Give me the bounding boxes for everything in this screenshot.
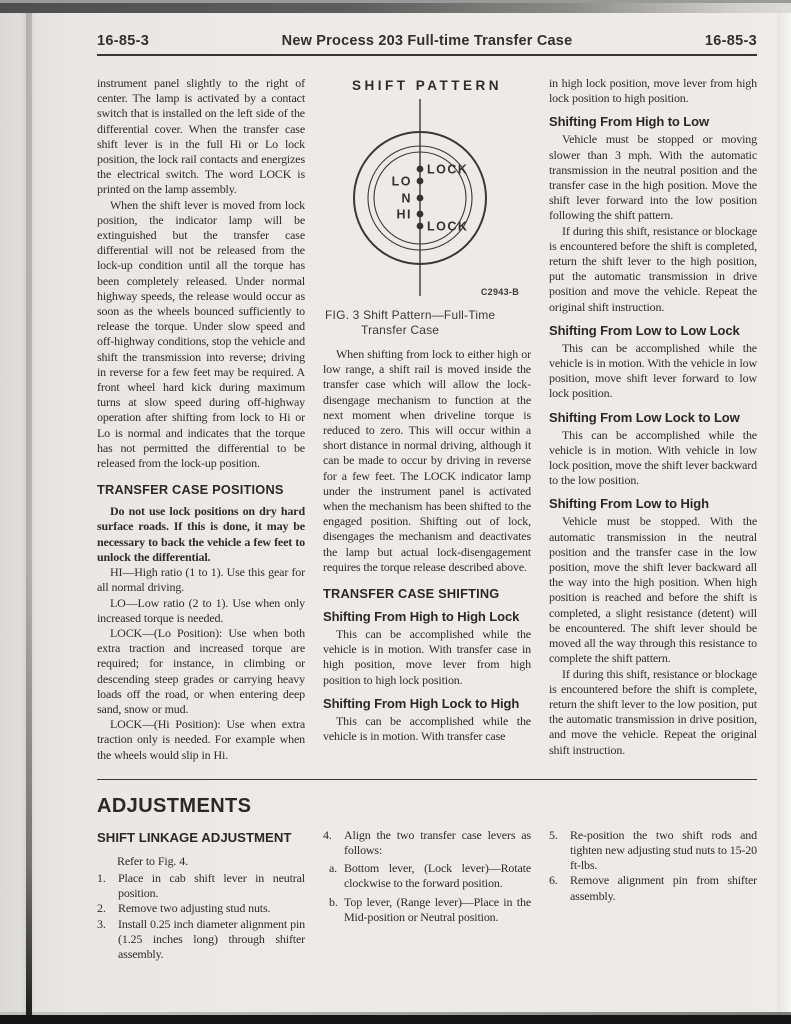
- position-label-lock-bottom: LOCK: [427, 220, 468, 234]
- figure-caption-line1: FIG. 3 Shift Pattern—Full-Time: [325, 308, 531, 323]
- sub-heading: Shifting From High Lock to High: [323, 696, 531, 711]
- column-left: instrument panel slightly to the right o…: [97, 76, 305, 763]
- section-divider: [97, 779, 757, 780]
- page-title: New Process 203 Full-time Transfer Case: [247, 33, 607, 49]
- paragraph: This can be accomplished while the vehic…: [549, 428, 757, 489]
- list-item: 5. Re-position the two shift rods and ti…: [549, 828, 757, 874]
- list-item: 4. Align the two transfer case levers as…: [323, 828, 531, 858]
- section-heading: TRANSFER CASE POSITIONS: [97, 482, 305, 497]
- position-dot-lock-top: [417, 166, 424, 173]
- column-middle: SHIFT PATTERN LOCK LO N HI LOCK: [323, 76, 531, 763]
- adjustments-section: ADJUSTMENTS SHIFT LINKAGE ADJUSTMENT Ref…: [97, 795, 757, 962]
- position-dot-lock-bottom: [417, 223, 424, 230]
- page-right-edge: [777, 0, 791, 1024]
- refer-note: Refer to Fig. 4.: [97, 854, 305, 869]
- list-number: 1.: [97, 871, 118, 901]
- page-content: 16-85-3 New Process 203 Full-time Transf…: [97, 0, 757, 962]
- list-text: Place in cab shift lever in neutral posi…: [118, 871, 305, 901]
- position-label-hi: HI: [397, 208, 413, 222]
- position-label-lo: LO: [392, 175, 412, 189]
- position-dot-hi: [417, 211, 424, 218]
- warning-paragraph: Do not use lock positions on dry hard su…: [97, 504, 305, 565]
- paragraph: When the shift lever is moved from lock …: [97, 198, 305, 472]
- adjustments-columns: SHIFT LINKAGE ADJUSTMENT Refer to Fig. 4…: [97, 828, 757, 962]
- list-number: b.: [329, 895, 344, 925]
- three-column-body: instrument panel slightly to the right o…: [97, 76, 757, 763]
- adjustments-column-left: SHIFT LINKAGE ADJUSTMENT Refer to Fig. 4…: [97, 828, 305, 962]
- list-number: 3.: [97, 917, 118, 963]
- paragraph: If during this shift, resistance or bloc…: [549, 667, 757, 758]
- sub-heading: Shifting From Low Lock to Low: [549, 410, 757, 425]
- paragraph: This can be accomplished while the vehic…: [549, 341, 757, 402]
- list-number: 2.: [97, 901, 118, 916]
- list-number: 6.: [549, 873, 570, 903]
- adjustments-column-middle: 4. Align the two transfer case levers as…: [323, 828, 531, 962]
- paragraph: Vehicle must be stopped. With the automa…: [549, 514, 757, 666]
- page-number-right: 16-85-3: [607, 33, 757, 49]
- list-number: 5.: [549, 828, 570, 874]
- paragraph: LOCK—(Hi Position): Use when extra tract…: [97, 717, 305, 763]
- adjustments-title: ADJUSTMENTS: [97, 795, 757, 818]
- column-right: in high lock position, move lever from h…: [549, 76, 757, 763]
- paragraph: This can be accomplished while the vehic…: [323, 714, 531, 744]
- scan-top-edge-highlight: [0, 0, 791, 3]
- figure-caption: FIG. 3 Shift Pattern—Full-Time Transfer …: [325, 308, 531, 338]
- list-text: Install 0.25 inch diameter alignment pin…: [118, 917, 305, 963]
- figure-code: C2943-B: [481, 287, 519, 297]
- page-number-left: 16-85-3: [97, 33, 247, 49]
- sub-heading: Shifting From High to Low: [549, 114, 757, 129]
- header-rule: [97, 54, 757, 56]
- list-text: Align the two transfer case levers as fo…: [344, 828, 531, 858]
- sub-heading: Shifting From Low to High: [549, 496, 757, 511]
- paragraph: LO—Low ratio (2 to 1). Use when only inc…: [97, 596, 305, 626]
- adjustments-column-right: 5. Re-position the two shift rods and ti…: [549, 828, 757, 962]
- sub-heading: Shifting From High to High Lock: [323, 609, 531, 624]
- paragraph: LOCK—(Lo Position): Use when both extra …: [97, 626, 305, 717]
- paragraph: Vehicle must be stopped or moving slower…: [549, 132, 757, 223]
- paragraph: This can be accomplished while the vehic…: [323, 627, 531, 688]
- position-dot-n: [417, 195, 424, 202]
- list-number: 4.: [323, 828, 344, 858]
- paragraph: HI—High ratio (1 to 1). Use this gear fo…: [97, 565, 305, 595]
- list-text: Remove two adjusting stud nuts.: [118, 901, 305, 916]
- section-heading: TRANSFER CASE SHIFTING: [323, 586, 531, 601]
- list-text: Top lever, (Range lever)—Place in the Mi…: [344, 895, 531, 925]
- list-number: a.: [329, 861, 344, 891]
- paragraph: in high lock position, move lever from h…: [549, 76, 757, 106]
- position-dot-lo: [417, 178, 424, 185]
- position-label-lock-top: LOCK: [427, 163, 468, 177]
- figure-caption-line2: Transfer Case: [325, 323, 531, 338]
- scanned-manual-page: 16-85-3 New Process 203 Full-time Transf…: [0, 0, 791, 1024]
- list-item: 3. Install 0.25 inch diameter alignment …: [97, 917, 305, 963]
- figure-title: SHIFT PATTERN: [323, 78, 531, 93]
- paragraph: instrument panel slightly to the right o…: [97, 76, 305, 198]
- list-item: 2. Remove two adjusting stud nuts.: [97, 901, 305, 916]
- sub-list-item: a. Bottom lever, (Lock lever)—Rotate clo…: [329, 861, 531, 891]
- binding-crease: [26, 13, 32, 1015]
- list-item: 6. Remove alignment pin from shifter ass…: [549, 873, 757, 903]
- sub-heading: Shifting From Low to Low Lock: [549, 323, 757, 338]
- list-text: Remove alignment pin from shifter assemb…: [570, 873, 757, 903]
- sub-list-item: b. Top lever, (Range lever)—Place in the…: [329, 895, 531, 925]
- position-label-n: N: [401, 192, 412, 206]
- paragraph: If during this shift, resistance or bloc…: [549, 224, 757, 315]
- shift-pattern-diagram: LOCK LO N HI LOCK C2943-B: [323, 95, 531, 299]
- adjustments-subtitle: SHIFT LINKAGE ADJUSTMENT: [97, 830, 305, 845]
- list-text: Bottom lever, (Lock lever)—Rotate clockw…: [344, 861, 531, 891]
- list-text: Re-position the two shift rods and tight…: [570, 828, 757, 874]
- page-header: 16-85-3 New Process 203 Full-time Transf…: [97, 33, 757, 49]
- scan-bottom-edge: [0, 1015, 791, 1024]
- list-item: 1. Place in cab shift lever in neutral p…: [97, 871, 305, 901]
- paragraph: When shifting from lock to either high o…: [323, 347, 531, 575]
